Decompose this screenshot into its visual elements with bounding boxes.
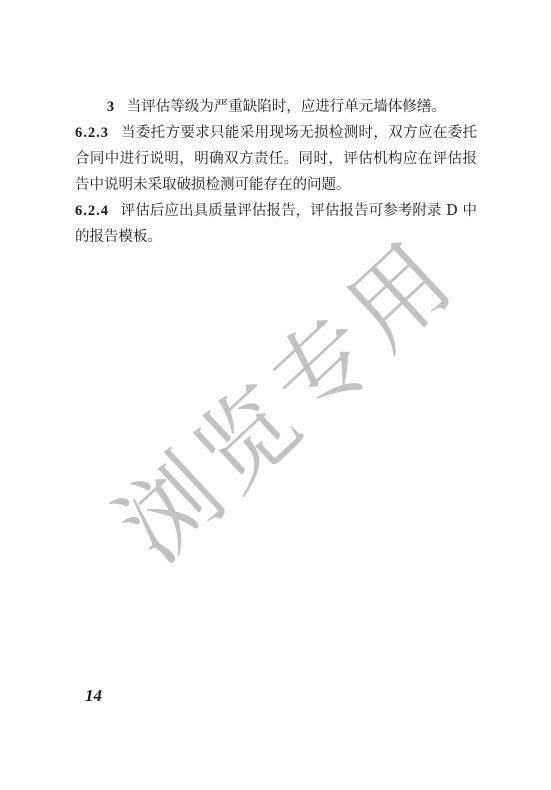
clause-number: 6.2.3	[75, 125, 109, 141]
list-item-3: 3当评估等级为严重缺陷时，应进行单元墙体修缮。	[75, 94, 477, 120]
page-content: 3当评估等级为严重缺陷时，应进行单元墙体修缮。 6.2.3当委托方要求只能采用现…	[75, 94, 477, 250]
clause-number: 6.2.4	[75, 203, 109, 219]
list-item-text: 当评估等级为严重缺陷时，应进行单元墙体修缮。	[127, 99, 446, 115]
watermark-text: 浏览专用	[84, 203, 482, 587]
document-page: 浏览专用 3当评估等级为严重缺陷时，应进行单元墙体修缮。 6.2.3当委托方要求…	[0, 0, 551, 790]
clause-6-2-4: 6.2.4评估后应出具质量评估报告，评估报告可参考附录 D 中的报告模板。	[75, 198, 477, 250]
clause-text: 评估后应出具质量评估报告，评估报告可参考附录 D 中的报告模板。	[75, 203, 477, 245]
clause-text: 当委托方要求只能采用现场无损检测时，双方应在委托合同中进行说明，明确双方责任。同…	[75, 125, 477, 193]
clause-6-2-3: 6.2.3当委托方要求只能采用现场无损检测时，双方应在委托合同中进行说明，明确双…	[75, 120, 477, 198]
page-number: 14	[85, 686, 102, 706]
list-item-number: 3	[107, 99, 115, 115]
